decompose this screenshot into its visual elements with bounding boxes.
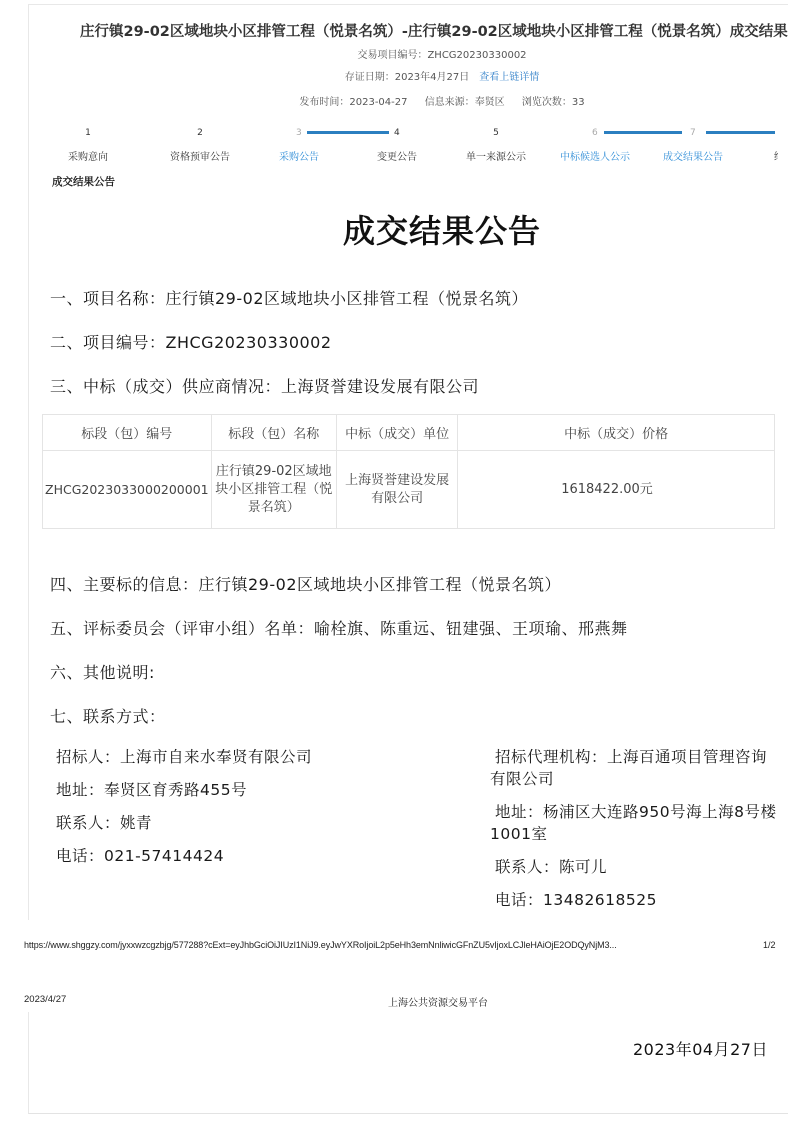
- cell-lot-number: ZHCG2023033000200001: [43, 451, 212, 529]
- contact-heading: 七、联系方式：: [50, 704, 166, 727]
- print-page-number: 1/2: [763, 940, 776, 950]
- print-url: https://www.shggzy.com/jyxxwzcgzbjg/5772…: [24, 940, 617, 950]
- cell-lot-name: 庄行镇29-02区域地块小区排管工程（悦景名筑）: [211, 451, 336, 529]
- table-header-row: 标段（包）编号 标段（包）名称 中标（成交）单位 中标（成交）价格: [43, 415, 775, 451]
- tenderer-name: 招标人：上海市自来水奉贤有限公司: [56, 746, 312, 768]
- cell-price: 1618422.00元: [458, 451, 775, 529]
- agent-address: 地址：杨浦区大连路950号海上海8号楼1001室: [490, 801, 778, 845]
- sign-date: 2023年04月27日: [633, 1037, 768, 1060]
- tenderer-person: 联系人：姚青: [56, 812, 312, 834]
- committee-list: 五、评标委员会（评审小组）名单：喻栓旗、陈重远、钮建强、王项瑜、邢燕舞: [50, 616, 628, 639]
- agent-phone: 电话：13482618525: [490, 889, 778, 911]
- tenderer-contact: 招标人：上海市自来水奉贤有限公司 地址：奉贤区育秀路455号 联系人：姚青 电话…: [56, 746, 312, 878]
- print-site-name: 上海公共资源交易平台: [388, 994, 488, 1009]
- col-lot-number: 标段（包）编号: [43, 415, 212, 451]
- cell-winner: 上海贤誉建设发展有限公司: [336, 451, 457, 529]
- agent-name: 招标代理机构：上海百通项目管理咨询有限公司: [490, 746, 778, 790]
- col-winner: 中标（成交）单位: [336, 415, 457, 451]
- tenderer-phone: 电话：021-57414424: [56, 845, 312, 867]
- result-table: 标段（包）编号 标段（包）名称 中标（成交）单位 中标（成交）价格 ZHCG20…: [42, 414, 775, 529]
- col-price: 中标（成交）价格: [458, 415, 775, 451]
- table-row: ZHCG2023033000200001 庄行镇29-02区域地块小区排管工程（…: [43, 451, 775, 529]
- other-notes: 六、其他说明:: [50, 660, 155, 683]
- print-date: 2023/4/27: [24, 994, 66, 1005]
- main-subject-info: 四、主要标的信息：庄行镇29-02区域地块小区排管工程（悦景名筑）: [50, 572, 561, 595]
- agent-person: 联系人：陈可儿: [490, 856, 778, 878]
- agent-contact: 招标代理机构：上海百通项目管理咨询有限公司 地址：杨浦区大连路950号海上海8号…: [490, 746, 778, 922]
- col-lot-name: 标段（包）名称: [211, 415, 336, 451]
- tenderer-address: 地址：奉贤区育秀路455号: [56, 779, 312, 801]
